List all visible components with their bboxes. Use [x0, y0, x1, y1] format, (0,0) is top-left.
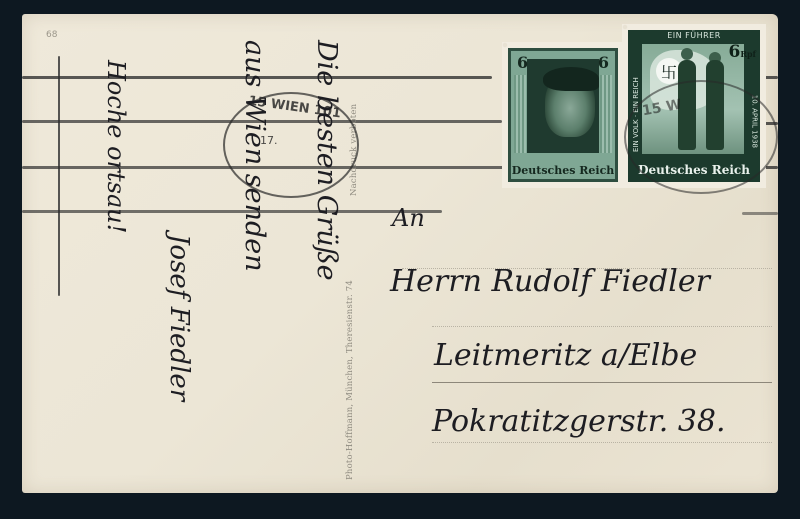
- cancellation-line: [22, 210, 442, 213]
- message-line: Hoche ortsau!: [102, 60, 130, 233]
- figure-head: [681, 48, 693, 60]
- address-line: [432, 326, 772, 327]
- stamp-value: 6: [517, 53, 528, 72]
- publisher-imprint: Photo-Hoffmann, München, Theresienstr. 7…: [345, 280, 355, 480]
- stamp-value-unit: Rpf: [740, 49, 756, 59]
- stamp-value: 6: [598, 53, 609, 72]
- stamp-value: 6Rpf: [728, 42, 756, 62]
- postmark-circle: [624, 80, 778, 194]
- card-number: 68: [46, 30, 57, 40]
- postcard: 68 Nachdruck verboten Photo-Hoffmann, Mü…: [22, 14, 778, 493]
- stamp-top-text: EIN FÜHRER: [628, 31, 760, 40]
- address-line: [432, 382, 772, 383]
- address-recipient: Herrn Rudolf Fiedler: [390, 264, 710, 299]
- message-line: Die besten Grüße: [311, 40, 342, 281]
- address-line: [432, 442, 772, 443]
- address-salutation: An: [392, 204, 425, 232]
- message-signature: Josef Fiedler: [164, 234, 194, 401]
- address-street: Pokratitzgerstr. 38.: [432, 404, 726, 439]
- cancellation-line: [742, 212, 778, 215]
- stamp-label: Deutsches Reich: [511, 164, 615, 177]
- divider-line: [58, 56, 60, 296]
- stamp-value-number: 6: [728, 42, 740, 62]
- address-city: Leitmeritz a/Elbe: [434, 338, 697, 373]
- stamp-portrait: 6 6 Deutsches Reich: [502, 42, 624, 188]
- column-ornament: [514, 75, 526, 153]
- message-line: aus Wien senden: [239, 40, 270, 272]
- column-ornament: [600, 75, 612, 153]
- portrait-frame: [527, 59, 599, 153]
- portrait-hair: [543, 67, 599, 91]
